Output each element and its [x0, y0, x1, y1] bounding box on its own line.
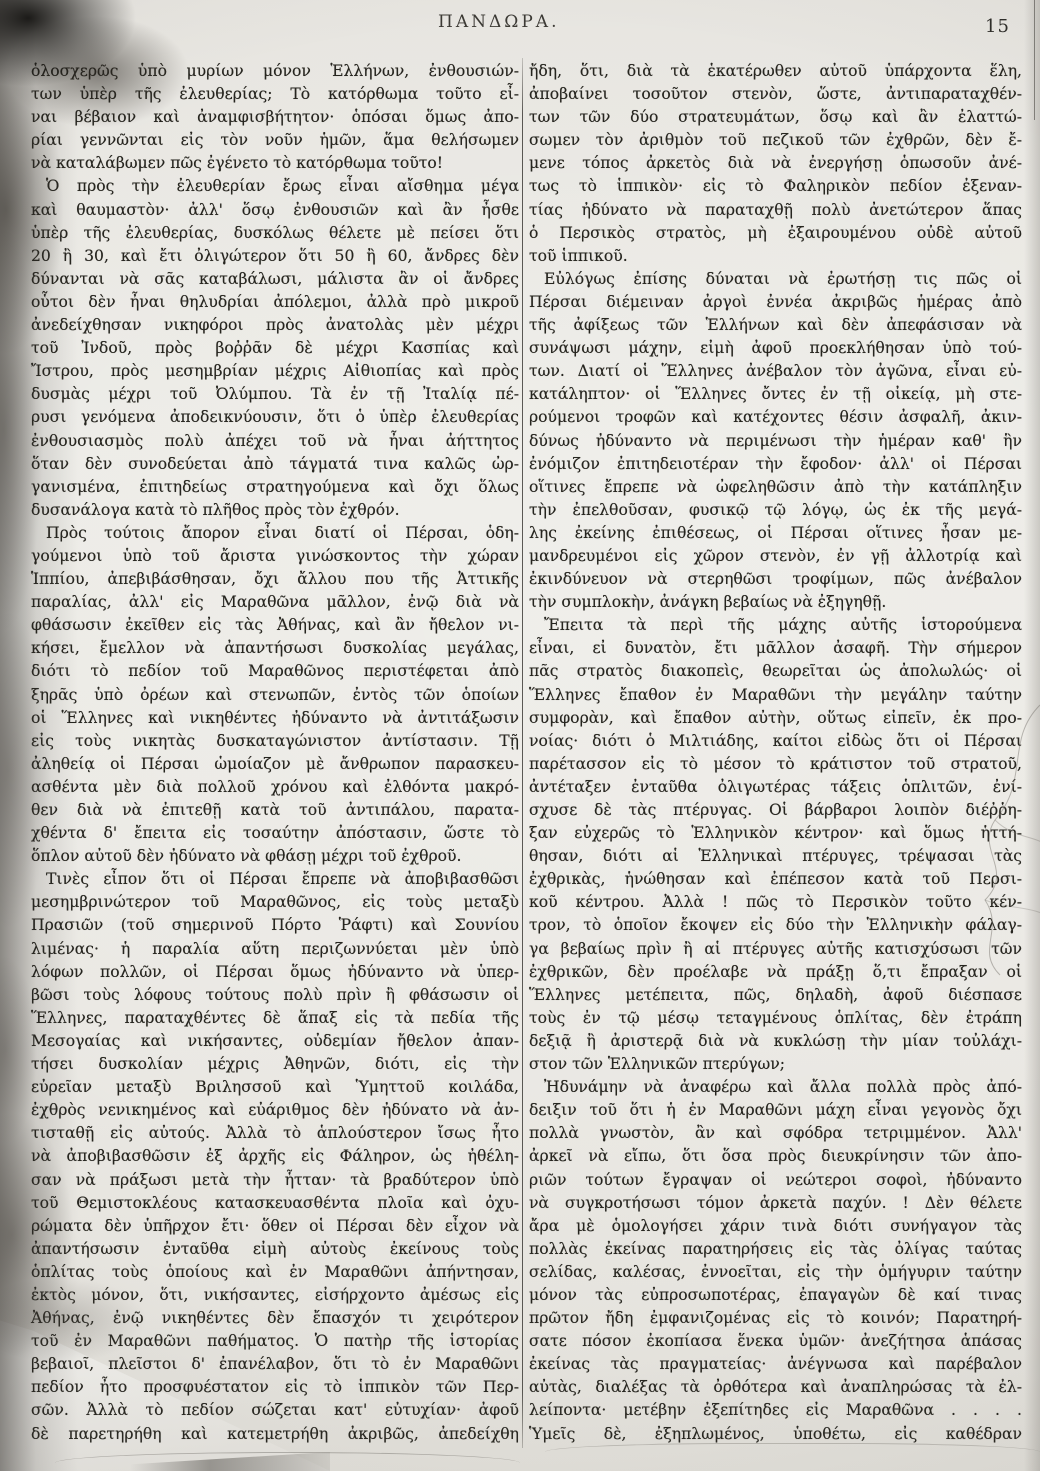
page-curl-line: [545, 1443, 1040, 1452]
text-line: ὑπὲρ τῆς ἐλευθερίας, δυσκόλως θέλετε μὲ …: [31, 222, 519, 245]
text-line: Ἕλληνες ἔπαθον ἐν Μαραθῶνι τὴν μεγάλην τ…: [529, 684, 1022, 707]
text-line: πεδίον ἦτο προσφυέστατον εἰς τὸ ἱππικὸν …: [31, 1376, 519, 1399]
text-line: γανισμένα, ἐπιτηδείως στρατηγούμενα καὶ …: [31, 476, 519, 499]
text-line: ἐχθρικὰς, ἡνώθησαν καὶ ἐπέπεσον κατὰ τοῦ…: [529, 868, 1022, 891]
text-line: μανδρευμένοι εἰς χῶρον στενὸν, ἐν γῇ ἀλλ…: [529, 545, 1022, 568]
text-line: ἀνεδείχθησαν νικηφόροι πρὸς ἀνατολὰς μὲν…: [31, 314, 519, 337]
text-line: ἀληθείᾳ οἱ Πέρσαι ὡμοίαζον μὲ ἄνθρωπον π…: [31, 753, 519, 776]
text-line: σωμεν τὸν ἀριθμὸν τοῦ πεζικοῦ τῶν ἐχθρῶν…: [529, 129, 1022, 152]
text-line: διότι τὸ πεδίον τοῦ Μαραθῶνος περιστέφετ…: [31, 660, 519, 683]
text-line: ἐκείνας τὰς πραγματείας· ἀνέγνωσα καὶ πα…: [529, 1353, 1022, 1376]
text-line: λείποντα· μετέβην ἐξεπίτηδες εἰς Μαραθῶν…: [529, 1399, 1022, 1422]
text-line: κατάληπτον· οἱ Ἕλληνες ὄντες ἐν τῇ οἰκεί…: [529, 383, 1022, 406]
text-line: Ἔπειτα τὰ περὶ τῆς μάχης αὐτῆς ἱστορούμε…: [529, 614, 1022, 637]
text-line: ἐνθουσιασμὸς πολὺ ἀπέχει τοῦ νὰ ἦναι ἀήτ…: [31, 430, 519, 453]
text-line: δυσμὰς μέχρι τοῦ Ὀλύμπου. Τὰ ἐν τῇ Ἰταλί…: [31, 383, 519, 406]
text-line: ξηρᾶς ὑπὸ ὀρέων καὶ στενωπῶν, ἐντὸς τῶν …: [31, 684, 519, 707]
text-line: τως τὸ ἱππικὸν· εἰς τὸ Φαληρικὸν πεδίον …: [529, 175, 1022, 198]
text-line: τισταθῇ εἰς αὐτούς. Ἀλλὰ τὸ ἁπλούστερον …: [31, 1122, 519, 1145]
text-line: νὰ καταλάβωμεν πῶς ἐγένετο τὸ κατόρθωμα …: [31, 152, 519, 175]
text-line: τρον, τὸ ὁποῖον ἔκοψεν εἰς δύο τὴν Ἑλλην…: [529, 914, 1022, 937]
text-line: ασθέντα μὲν διὰ πολλοῦ χρόνου καὶ ἐλθόντ…: [31, 776, 519, 799]
text-line: ἀρκεῖ νὰ εἴπω, ὅτι ὅσα πρὸς διευκρίνησιν…: [529, 1145, 1022, 1168]
text-line: βεβαιοῖ, πλεῖστοι δ' ἐπανέλαβον, ὅτι τὸ …: [31, 1353, 519, 1376]
text-line: τὴν συμπλοκὴν, ἀνάγκη βεβαίως νὰ ἐξηγηθῇ…: [529, 591, 1022, 614]
text-line: των τῶν δύο στρατευμάτων, ὅσῳ καὶ ἂν ἐλα…: [529, 106, 1022, 129]
text-line: δυσανάλογα κατὰ τὸ πλῆθος πρὸς τὸν ἐχθρό…: [31, 499, 519, 522]
text-line: ἐνόμιζον ἐπιτηδειοτέραν τὴν ἔφοδον· ἀλλ'…: [529, 453, 1022, 476]
text-line: καὶ θαυμαστὸν· ἀλλ' ὅσῳ ἐνθουσιῶν καὶ ἂν…: [31, 199, 519, 222]
text-line: ἐχθρικῶν, δὲν προέλαβε νὰ πράξῃ ὅ,τι ἔπρ…: [529, 961, 1022, 984]
text-line: τήσει δυσκολίαν μέχρις Ἀθηνῶν, διότι, εἰ…: [31, 1053, 519, 1076]
text-line: σῶν. Ἀλλὰ τὸ πεδίον σώζεται κατ' εὐτυχία…: [31, 1399, 519, 1422]
text-line: τὴν ἐπελθοῦσαν, φυσικῷ τῷ λόγῳ, ὡς ἐκ τῆ…: [529, 499, 1022, 522]
text-line: τίας ἠδύνατο νὰ παραταχθῇ πολὺ ἀνετώτερο…: [529, 199, 1022, 222]
text-line: σατε πόσον ἐκοπίασα ἕνεκα ὑμῶν· ἀνεζήτησ…: [529, 1330, 1022, 1353]
text-line: γούμενοι ὑπὸ τοῦ ἄριστα γινώσκοντος τὴν …: [31, 545, 519, 568]
text-line: συνάψωσι μάχην, εἰμὴ ἀφοῦ προεκλήθησαν ὑ…: [529, 337, 1022, 360]
text-line: εὐρεῖαν μεταξὺ Βριλησσοῦ καὶ Ὑμηττοῦ κοι…: [31, 1076, 519, 1099]
text-line: τοὺς ἐν τῷ μέσῳ τεταγμένους ὁπλίτας, δὲν…: [529, 1007, 1022, 1030]
text-line: ἐκτὸς μόνον, ὅτι, νικήσαντες, εἰσήρχοντο…: [31, 1284, 519, 1307]
text-line: των. Διατί οἱ Ἕλληνες ἀνέβαλον τὸν ἀγῶνα…: [529, 360, 1022, 383]
text-line: δύνανται νὰ σᾶς καταβάλωσι, μάλιστα ἂν ο…: [31, 268, 519, 291]
text-line: πρῶτον ἤδη ἐμφανιζομένας εἰς τὸ κοινόν; …: [529, 1307, 1022, 1330]
text-line: Μεσογαίας καὶ νικήσαντες, οὐδεμίαν ἤθελο…: [31, 1030, 519, 1053]
text-line: ὅταν δὲν συνοδεύεται ἀπὸ τάγματά τινα κα…: [31, 453, 519, 476]
text-line: ξαν εὐχερῶς τὸ Ἑλληνικὸν κέντρον· καὶ ὅμ…: [529, 822, 1022, 845]
text-line: ἀποβαίνει τοσοῦτον στενὸν, ὥστε, ἀντιπαρ…: [529, 83, 1022, 106]
right-text-column: ἤδη, ὅτι, διὰ τὰ ἑκατέρωθεν αὐτοῦ ὑπάρχο…: [529, 60, 1022, 1446]
text-line: νὰ συγκροτήσωσι τόμον ἀρκετὰ παχύν. ! Δὲ…: [529, 1192, 1022, 1215]
text-line: τοῦ Ἰνδοῦ, πρὸς βοῤῥᾶν δὲ μέχρι Κασπίας …: [31, 337, 519, 360]
text-line: βῶσι τοὺς λόφους τούτους πολὺ πρὶν ἢ φθά…: [31, 984, 519, 1007]
text-line: Ἕλληνες μετέπειτα, πῶς, δηλαδὴ, ἀφοῦ διέ…: [529, 984, 1022, 1007]
left-text-column: ὁλοσχερῶς ὑπὸ μυρίων μόνον Ἑλλήνων, ἐνθο…: [31, 60, 519, 1446]
text-line: νοίας· διότι ὁ Μιλτιάδης, καίτοι εἰδὼς ὅ…: [529, 730, 1022, 753]
text-line: παρέτασσον εἰς τὸ μέσον τὸ κράτιστον τοῦ…: [529, 753, 1022, 776]
scanned-journal-page: ΠΑΝΔΩΡΑ. 15 ὁλοσχερῶς ὑπὸ μυρίων μόνον Ἑ…: [0, 0, 1040, 1471]
text-line: φθάσωσιν ἐκεῖθεν εἰς τὰς Ἀθήνας, καὶ ἂν …: [31, 614, 519, 637]
text-line: τῆς ἀφίξεως τῶν Ἑλλήνων καὶ δὲν ἀπεφάσισ…: [529, 314, 1022, 337]
text-line: χθέντα δ' ἔπειτα εἰς τοσαύτην ἀπόστασιν,…: [31, 822, 519, 845]
text-line: οἱ Ἕλληνες καὶ νικηθέντες ἠδύναντο νὰ ἀν…: [31, 707, 519, 730]
text-line: Ὁ πρὸς τὴν ἐλευθερίαν ἔρως εἶναι αἴσθημα…: [31, 175, 519, 198]
text-line: νὰ ἀποβιβασθῶσιν ἐξ ἀρχῆς εἰς Φάληρον, ὡ…: [31, 1145, 519, 1168]
text-line: ὁλοσχερῶς ὑπὸ μυρίων μόνον Ἑλλήνων, ἐνθο…: [31, 60, 519, 83]
text-line: λόφων πολλῶν, οἱ Πέρσαι ὅμως ἠδύναντο νὰ…: [31, 961, 519, 984]
text-line: ἐχθρὸς νενικημένος καὶ εὐάριθμος δὲν ἠδύ…: [31, 1099, 519, 1122]
text-line: Ἠδυνάμην νὰ ἀναφέρω καὶ ἄλλα πολλὰ πρὸς …: [529, 1076, 1022, 1099]
scan-edge-line: [1034, 0, 1035, 120]
text-line: θεν διὰ νὰ ἐπιτεθῇ κατὰ τοῦ ἀντιπάλου, π…: [31, 799, 519, 822]
text-line: Ἕλληνες, παραταχθέντες δὲ ἅπαξ εἰς τὰ πε…: [31, 1007, 519, 1030]
journal-title: ΠΑΝΔΩΡΑ.: [438, 12, 559, 32]
text-line: γα βεβαίως πρὶν ἢ αἱ πτέρυγες αὐτῆς κατι…: [529, 938, 1022, 961]
text-line: ἤδη, ὅτι, διὰ τὰ ἑκατέρωθεν αὐτοῦ ὑπάρχο…: [529, 60, 1022, 83]
text-line: Ἴστρου, πρὸς μεσημβρίαν μέχρις Αἰθιοπίας…: [31, 360, 519, 383]
text-line: ὅπλον αὐτοῦ δὲν ἠδύνατο νὰ φθάσῃ μέχρι τ…: [31, 845, 519, 868]
text-line: ριῶν τούτων ἔγραψαν οἱ νεώτεροι σοφοὶ, ἠ…: [529, 1169, 1022, 1192]
text-line: παραλίας, ἀλλ' εἰς Μαραθῶνα μᾶλλον, ἐνῷ …: [31, 591, 519, 614]
text-line: ρώματα δὲν ὑπῆρχον ἔτι· ὅθεν οἱ Πέρσαι δ…: [31, 1215, 519, 1238]
text-line: αὐτὰς, διαλέξας τὰ ὀρθότερα καὶ ἀναπληρώ…: [529, 1376, 1022, 1399]
text-line: σαν νὰ πράξωσι μετὰ τὴν ἧτταν· τὰ βραδύτ…: [31, 1169, 519, 1192]
text-line: δειξιν τοῦ ὅτι ἡ ἐν Μαραθῶνι μάχη εἶναι …: [529, 1099, 1022, 1122]
text-line: θησαν, διότι αἱ Ἑλληνικαὶ πτέρυγες, τρέψ…: [529, 845, 1022, 868]
text-line: τοῦ ἱππικοῦ.: [529, 245, 1022, 268]
page-number: 15: [985, 16, 1010, 37]
text-line: Εὐλόγως ἐπίσης δύναται νὰ ἐρωτήσῃ τις πῶ…: [529, 268, 1022, 291]
text-line: δὲ παρετηρήθη καὶ κατεμετρήθη ἀκριβῶς, ἀ…: [31, 1423, 519, 1446]
text-line: Ἱππίου, ἀπεβιβάσθησαν, ὄχι ἄλλου που τῆς…: [31, 568, 519, 591]
text-line: ἀπαντήσωσιν ἐνταῦθα εἰμὴ αὐτοὺς ἐκείνους…: [31, 1238, 519, 1261]
text-line: ρίαι γεννῶνται εἰς τὸν νοῦν ἡμῶν, ἅμα θε…: [31, 129, 519, 152]
text-line: Πρὸς τούτοις ἄπορον εἶναι διατί οἱ Πέρσα…: [31, 522, 519, 545]
text-line: στον τῶν Ἑλληνικῶν πτερύγων;: [529, 1053, 1022, 1076]
text-line: ἀντέταξεν ἐνταῦθα ὀλιγωτέρας τάξεις ὁπλι…: [529, 776, 1022, 799]
text-line: πολλὰ γνωστὸν, ἂν καὶ σφόδρα τετριμμένον…: [529, 1122, 1022, 1145]
column-divider-rule: [522, 58, 523, 1448]
text-line: κήσει, ἔμελλον νὰ ἀπαντήσωσι δυσκολίας μ…: [31, 637, 519, 660]
text-line: των ὑπὲρ τῆς ἐλευθερίας; Τὸ κατόρθωμα το…: [31, 83, 519, 106]
text-line: ναι βέβαιον καὶ ἀναμφισβήτητον· ὁπόσαι ὅ…: [31, 106, 519, 129]
text-line: δεξιᾷ ἢ ἀριστερᾷ διὰ νὰ κυκλώσῃ τὴν μίαν…: [529, 1030, 1022, 1053]
text-line: Τινὲς εἶπον ὅτι οἱ Πέρσαι ἔπρεπε νὰ ἀποβ…: [31, 868, 519, 891]
text-line: πολλὰς ἐκείνας παρατηρήσεις εἰς τὰς ὀλίγ…: [529, 1238, 1022, 1261]
text-line: ὁπλίτας τοὺς ὁποίους καὶ ἐν Μαραθῶνι ἀπή…: [31, 1261, 519, 1284]
text-line: ἄρα μὲ ὁμολογήσει χάριν τινὰ διότι συνήγ…: [529, 1215, 1022, 1238]
text-line: τοῦ ἐν Μαραθῶνι παθήματος. Ὁ πατὴρ τῆς ἱ…: [31, 1330, 519, 1353]
text-line: μενε τόπος ἀρκετὸς διὰ νὰ ἐνεργήσῃ ὁπωσο…: [529, 152, 1022, 175]
text-line: ρυσι γενόμενα ἀποδεικνύουσιν, ὅτι ὁ ὑπὲρ…: [31, 406, 519, 429]
text-line: οὗτοι δὲν ἦναι θηλυδρίαι ἀπόλεμοι, ἀλλὰ …: [31, 291, 519, 314]
text-line: μόνον τὰς εὐπροσωποτέρας, ἐπαγαγὼν δὲ κα…: [529, 1284, 1022, 1307]
text-line: λης ἐκείνης ἐπιθέσεως, οἱ Πέρσαι οἵτινες…: [529, 522, 1022, 545]
text-line: εἰς τοὺς νικητὰς δυσκαταγώνιστον ἀντίστα…: [31, 730, 519, 753]
text-line: κοῦ κέντρου. Ἀλλὰ ! πῶς τὸ Περσικὸν τοῦτ…: [529, 891, 1022, 914]
text-line: πᾶς στρατὸς διακοπεὶς, θεωρεῖται ὡς ἀπολ…: [529, 660, 1022, 683]
text-line: Πρασιῶν (τοῦ σημερινοῦ Πόρτο Ῥάφτι) καὶ …: [31, 914, 519, 937]
text-line: σχυσε δὲ τὰς πτέρυγας. Οἱ βάρβαροι λοιπὸ…: [529, 799, 1022, 822]
text-line: λιμένας· ἡ παραλία αὕτη περιζωννύεται μὲ…: [31, 938, 519, 961]
text-line: ὁ Περσικὸς στρατὸς, μὴ ἐξαιρουμένου οὐδὲ…: [529, 222, 1022, 245]
text-line: Πέρσαι διέμειναν ἀργοὶ ἐννέα ἀκριβῶς ἡμέ…: [529, 291, 1022, 314]
text-line: ἐκινδύνευον νὰ στερηθῶσι τροφίμων, πῶς ἀ…: [529, 568, 1022, 591]
text-line: Ἀθήνας, ἐνῷ νικηθέντες δὲν ἔπασχόν τι χε…: [31, 1307, 519, 1330]
text-line: σελίδας, καλέσας, ἐννοεῖται, εἰς τὴν ὁμή…: [529, 1261, 1022, 1284]
text-line: οἵτινες ἔπρεπε νὰ ὠφεληθῶσιν ἀπὸ τὴν κατ…: [529, 476, 1022, 499]
text-line: δύνως ἠδύναντο νὰ περιμένωσι τὴν ἡμέραν …: [529, 430, 1022, 453]
text-line: 20 ἢ 30, καὶ ἔτι ὀλιγώτερον ὅτι 50 ἢ 60,…: [31, 245, 519, 268]
text-line: εἶναι, εἰ δυνατὸν, ἔτι μᾶλλον ἀσαφῆ. Τὴν…: [529, 637, 1022, 660]
text-line: μεσημβρινώτερον τοῦ Μαραθῶνος, εἰς τοὺς …: [31, 891, 519, 914]
text-line: συμφορὰν, καὶ ἔπαθον αὐτὴν, οὕτως εἰπεῖν…: [529, 707, 1022, 730]
text-line: ρούμενοι τροφῶν καὶ κατέχοντες θέσιν ἀσφ…: [529, 406, 1022, 429]
text-line: τοῦ Θεμιστοκλέους κατασκευασθέντα πλοῖα …: [31, 1192, 519, 1215]
